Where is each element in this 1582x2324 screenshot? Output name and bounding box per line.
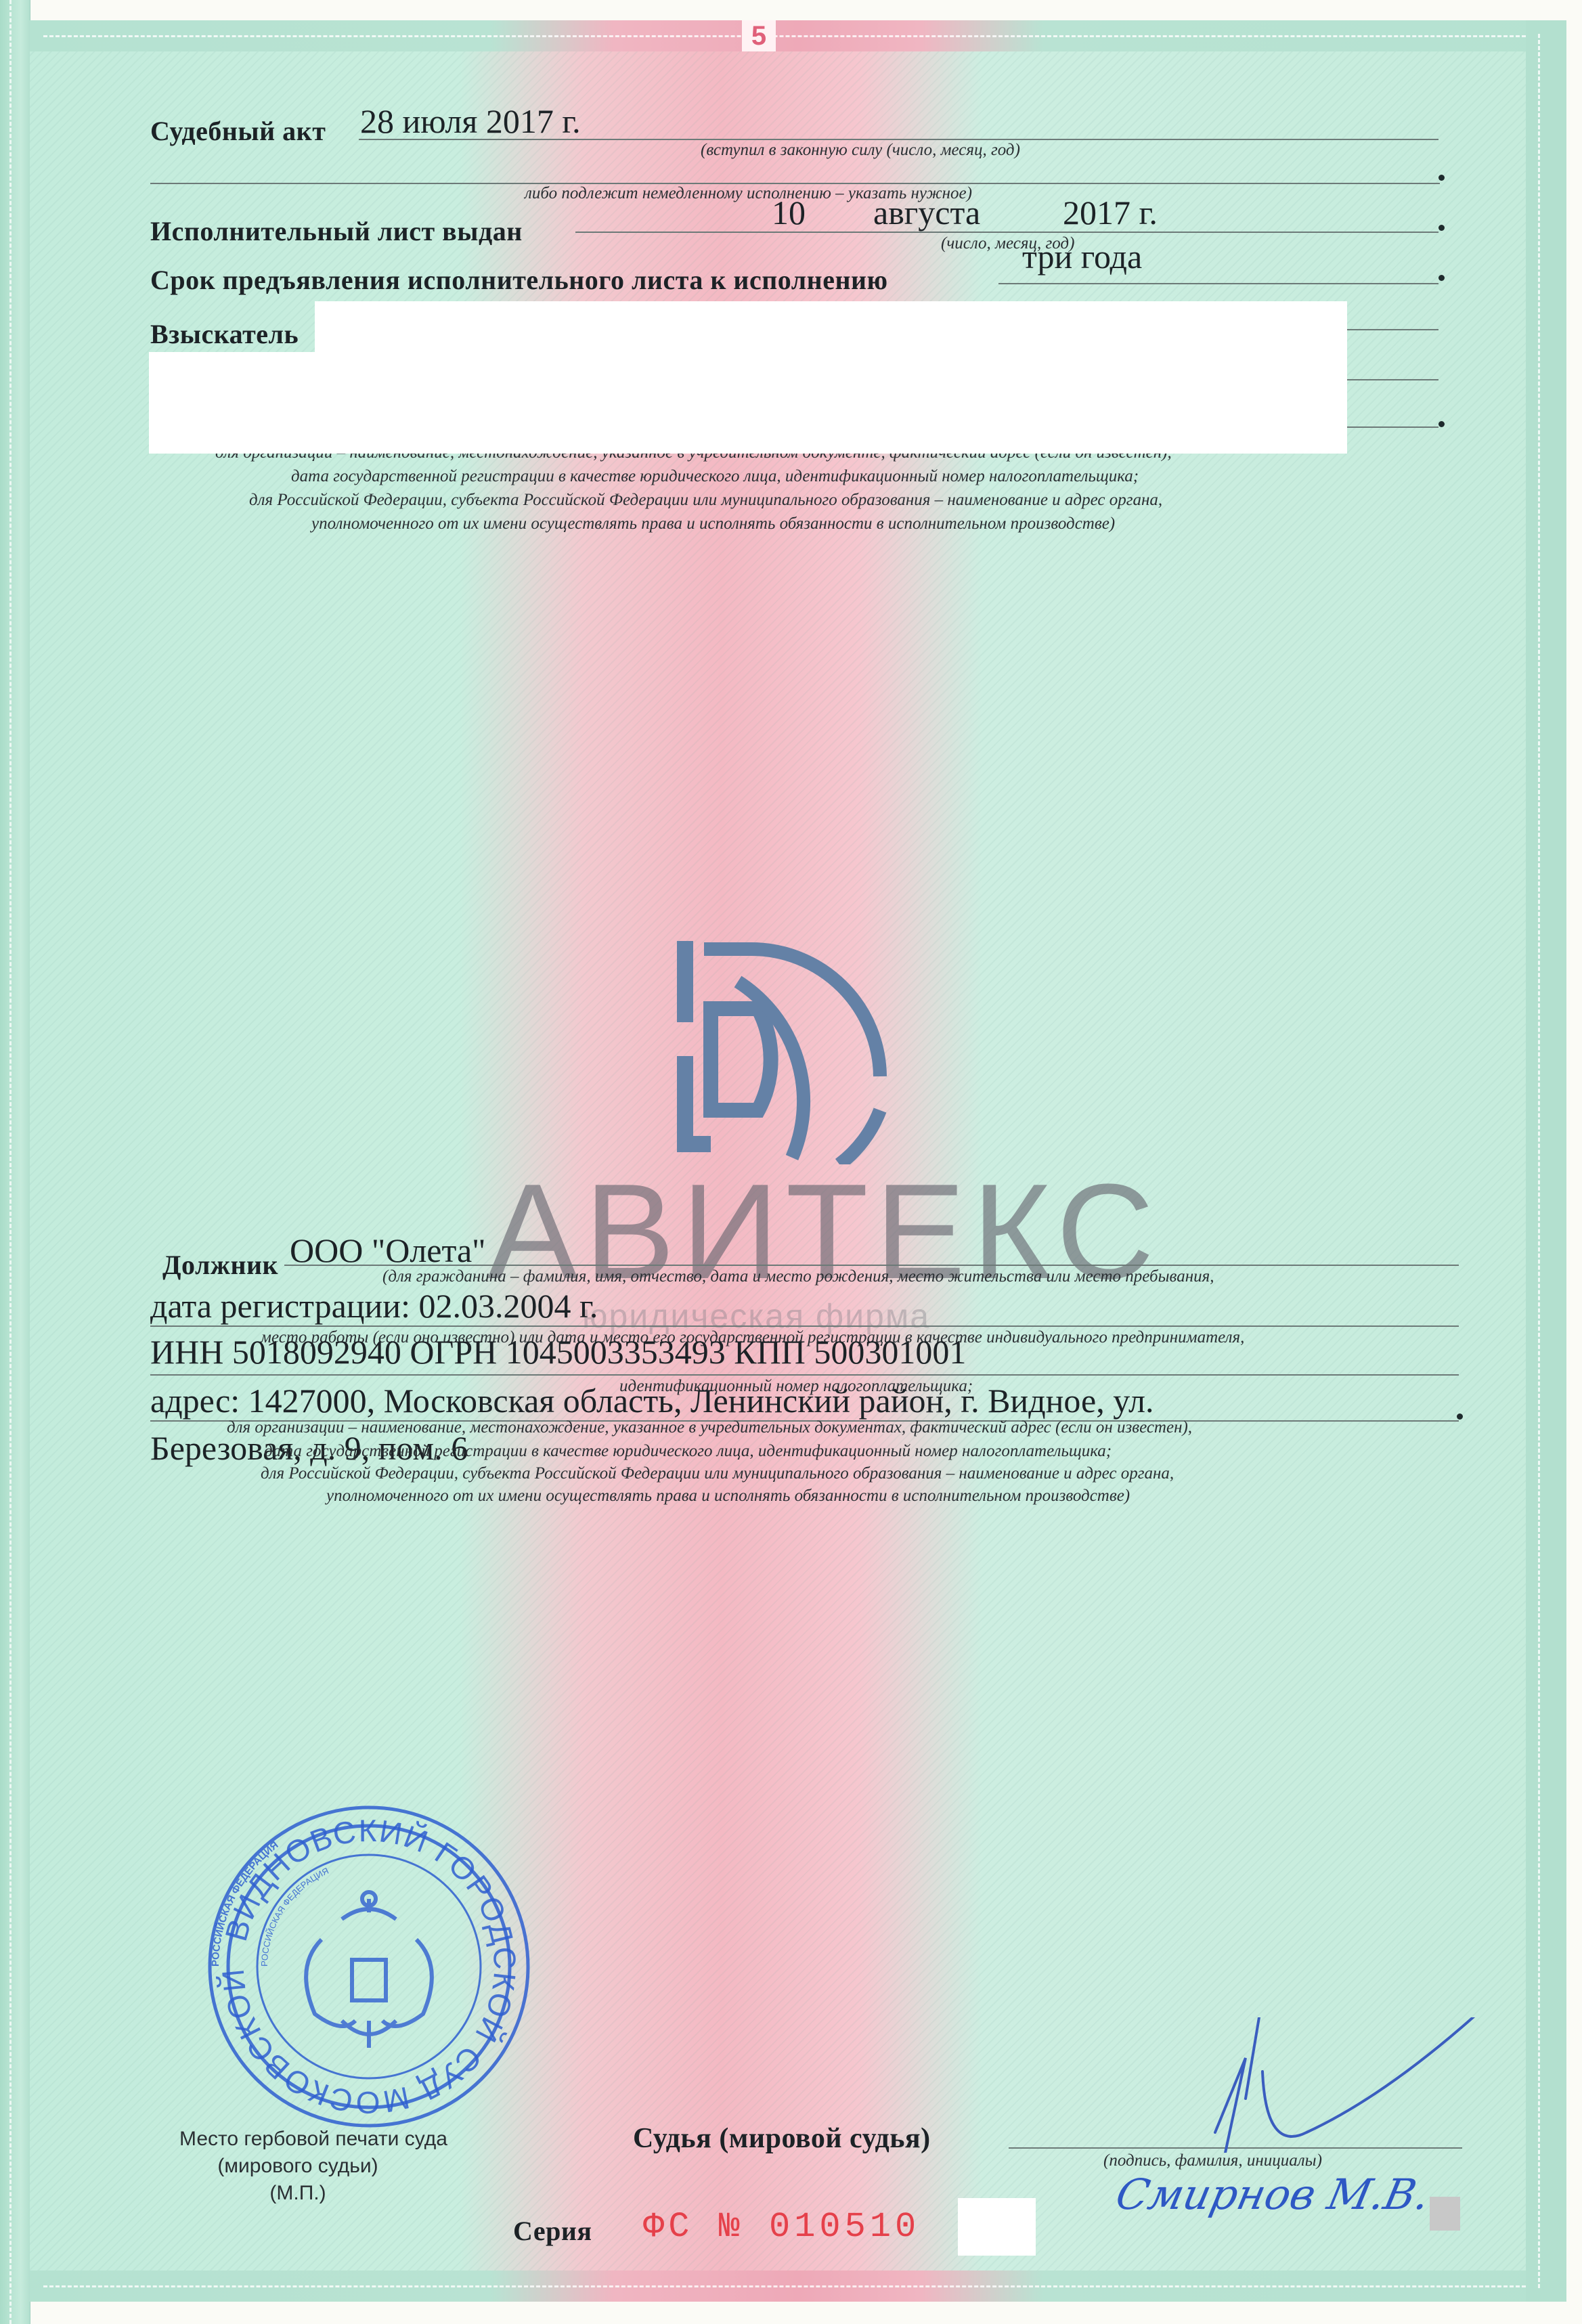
judge-signature-icon (1151, 2017, 1503, 2153)
debtor-label: Должник (162, 1249, 278, 1281)
line-end-dot (1438, 275, 1445, 281)
name-redacted-patch (1430, 2197, 1460, 2231)
previous-page-edge (0, 0, 30, 2324)
judge-handwritten-name: Смирнов М.В. (1112, 2170, 1434, 2219)
court-act-label: Судебный акт (150, 115, 326, 147)
claimant-line (1340, 379, 1438, 380)
writ-issued-line (575, 232, 1438, 233)
claimant-redacted-strip (149, 439, 1347, 454)
series-number-redacted (958, 2198, 1036, 2256)
bottom-border (30, 2271, 1566, 2302)
line-end-dot (1438, 175, 1445, 181)
writ-issued-year: 2017 г. (1063, 193, 1158, 232)
debtor-ids: ИНН 5018092940 ОГРН 1045003353493 КПП 50… (150, 1332, 966, 1372)
debtor-registration-line (150, 1325, 1459, 1327)
claimant-hint-4: уполномоченного от их имени осуществлять… (311, 514, 1115, 533)
writ-issued-month: августа (873, 193, 980, 232)
seal-caption-line-1: Место гербовой печати суда (179, 2126, 393, 2153)
court-seal-icon: РОССИЙСКАЯ ФЕДЕРАЦИЯ ВИДНОВСКИЙ ГОРОДСКО… (206, 1804, 531, 2129)
line-end-dot (1457, 1413, 1463, 1420)
avitex-logo-icon (670, 941, 900, 1164)
debtor-registration: дата регистрации: 02.03.2004 г. (150, 1286, 598, 1325)
line-end-dot (1438, 225, 1445, 231)
seal-caption-line-2: (мирового судьи) (М.П.) (203, 2153, 393, 2207)
presentation-term-value: три года (1022, 237, 1142, 276)
claimant-hint-2: дата государственной регистрации в качес… (291, 467, 1139, 486)
debtor-address-line-1: адрес: 1427000, Московская область, Лени… (150, 1381, 1153, 1420)
debtor-hint-3: для Российской Федерации, субъекта Росси… (261, 1464, 1174, 1483)
presentation-term-line (998, 283, 1438, 284)
writ-issued-label: Исполнительный лист выдан (150, 215, 523, 247)
claimant-redacted-area (315, 301, 1347, 454)
court-act-hint: (вступил в законную силу (число, месяц, … (701, 141, 1020, 160)
presentation-term-label: Срок предъявления исполнительного листа … (150, 264, 888, 296)
judge-label: Судья (мировой судья) (633, 2122, 931, 2155)
court-act-date: 28 июля 2017 г. (360, 102, 581, 141)
claimant-hint-3: для Российской Федерации, субъекта Росси… (249, 491, 1162, 510)
court-act-line (359, 139, 1438, 140)
line-end-dot (1438, 421, 1445, 427)
writ-issued-day: 10 (772, 193, 806, 232)
claimant-line (1340, 426, 1438, 428)
top-border (30, 20, 1566, 51)
series-label: Серия (513, 2215, 592, 2247)
debtor-hint-citizen: (для гражданина – фамилия, имя, отчество… (382, 1267, 1214, 1286)
debtor-ids-line (150, 1374, 1459, 1376)
series-number: ФС № 010510 (643, 2207, 920, 2247)
debtor-hint-4: уполномоченного от их имени осуществлять… (326, 1487, 1130, 1506)
judge-signature-hint: (подпись, фамилия, инициалы) (1103, 2151, 1322, 2170)
page-number: 5 (742, 20, 776, 51)
claimant-line (1340, 329, 1438, 330)
svg-text:ВИДНОВСКИЙ ГОРОДСКОЙ СУД МОСКО: ВИДНОВСКИЙ ГОРОДСКОЙ СУД МОСКОВСКОЙ ОБЛА… (206, 1804, 523, 2120)
seal-caption: Место гербовой печати суда (мирового суд… (203, 2126, 393, 2207)
debtor-hint-2: дата государственной регистрации в качес… (264, 1442, 1112, 1461)
claimant-label: Взыскатель (150, 318, 299, 350)
right-border (1526, 20, 1566, 2302)
debtor-name-line (284, 1265, 1459, 1266)
